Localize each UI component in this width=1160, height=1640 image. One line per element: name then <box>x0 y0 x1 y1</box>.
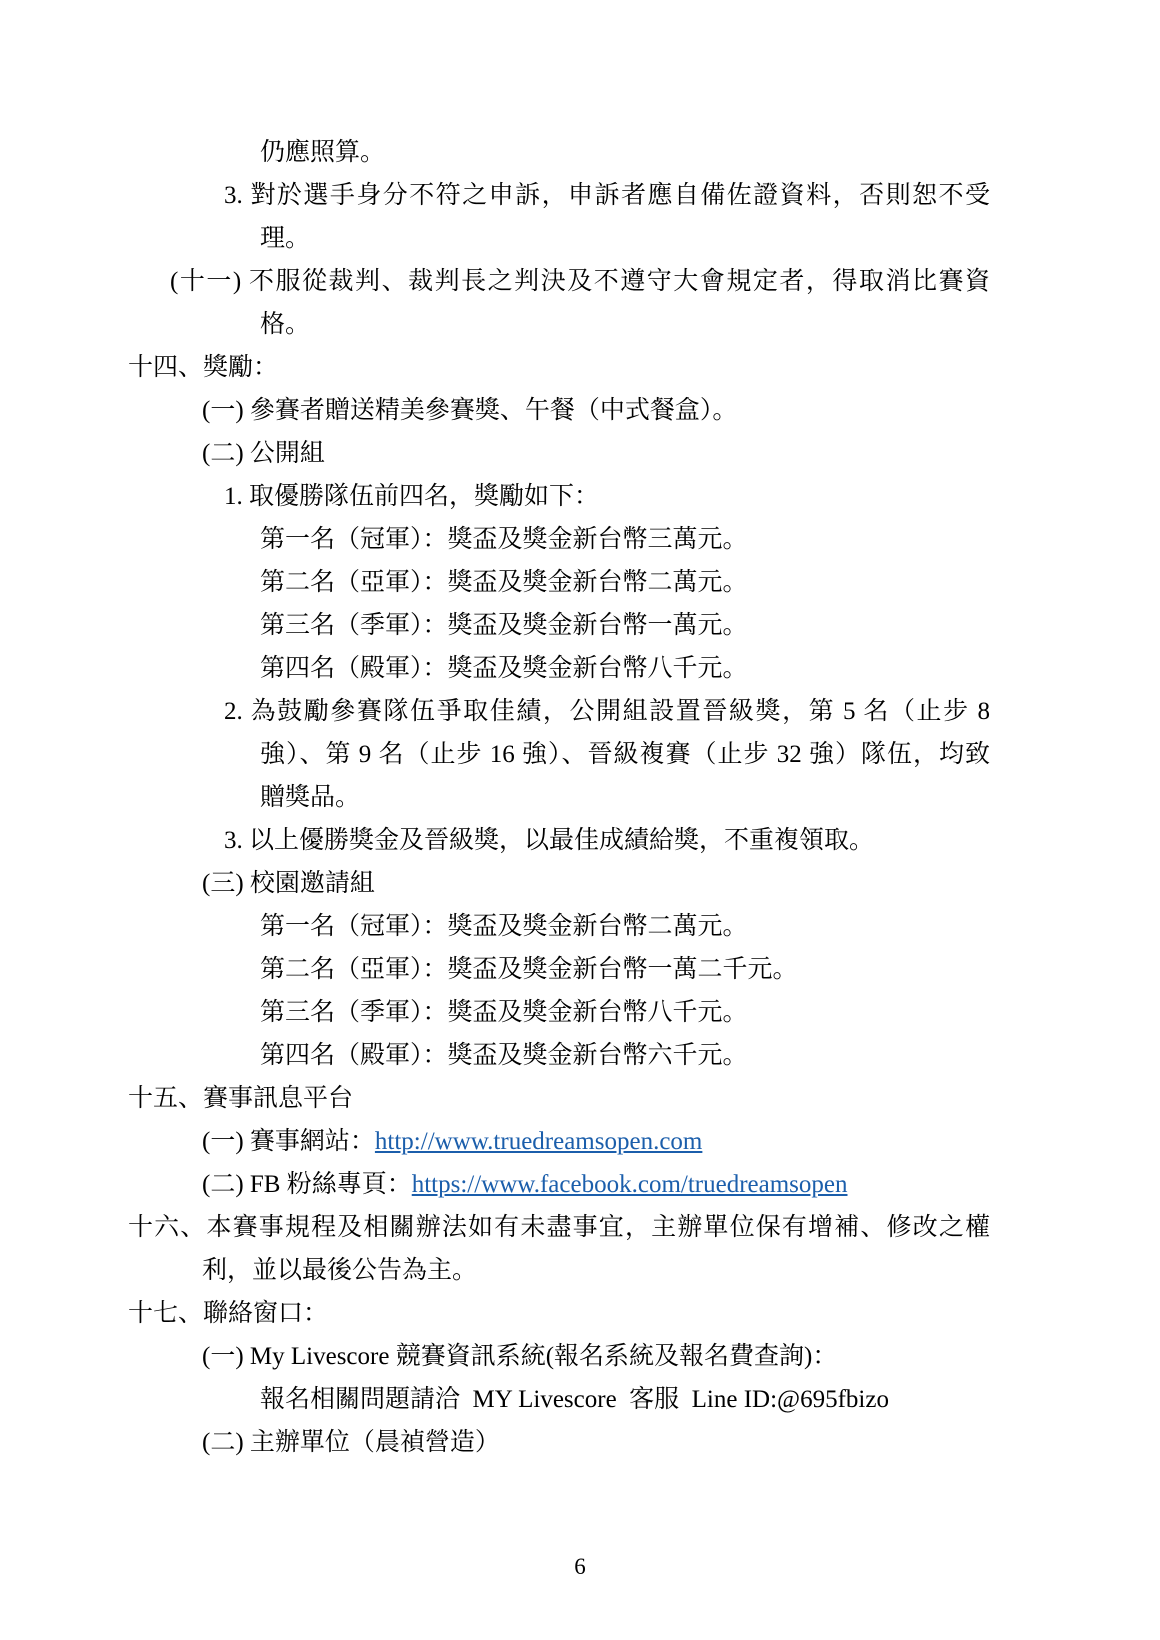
section-heading: 十七、聯絡窗口： <box>128 1292 990 1335</box>
text-line: 仍應照算。 <box>260 131 990 174</box>
text-line: (一) 參賽者贈送精美參賽獎、午餐（中式餐盒）。 <box>202 389 990 432</box>
text-line: 理。 <box>260 217 990 260</box>
text-line: 第三名（季軍）：獎盃及獎金新台幣八千元。 <box>260 991 990 1034</box>
text-line: 3. 以上優勝獎金及晉級獎，以最佳成績給獎，不重複領取。 <box>224 819 990 862</box>
text-line: (二) FB 粉絲專頁：https://www.facebook.com/tru… <box>202 1163 990 1206</box>
text-line: (二) 公開組 <box>202 432 990 475</box>
document-page: 仍應照算。 3. 對於選手身分不符之申訴，申訴者應自備佐證資料，否則恕不受 理。… <box>0 0 1160 1640</box>
text-line: 格。 <box>260 303 990 346</box>
facebook-page-link[interactable]: https://www.facebook.com/truedreamsopen <box>412 1171 848 1198</box>
text-line: 第二名（亞軍）：獎盃及獎金新台幣二萬元。 <box>260 561 990 604</box>
section-heading: 十四、獎勵： <box>128 346 990 389</box>
text-line: (十一) 不服從裁判、裁判長之判決及不遵守大會規定者，得取消比賽資 <box>170 260 990 303</box>
text-line: 第四名（殿軍）：獎盃及獎金新台幣八千元。 <box>260 647 990 690</box>
text-line: 報名相關問題請洽 MY Livescore 客服 Line ID:@695fbi… <box>260 1378 990 1421</box>
text-line: 第二名（亞軍）：獎盃及獎金新台幣一萬二千元。 <box>260 948 990 991</box>
text-line: 第四名（殿軍）：獎盃及獎金新台幣六千元。 <box>260 1034 990 1077</box>
text-line: (三) 校園邀請組 <box>202 862 990 905</box>
text-line: 強）、第 9 名（止步 16 強）、晉級複賽（止步 32 強）隊伍，均致 <box>260 733 990 776</box>
text-line: (一) My Livescore 競賽資訊系統(報名系統及報名費查詢)： <box>202 1335 990 1378</box>
section-heading: 十六、本賽事規程及相關辦法如有未盡事宜，主辦單位保有增補、修改之權 <box>128 1206 990 1249</box>
text-line: 贈獎品。 <box>260 776 990 819</box>
text-line: 第三名（季軍）：獎盃及獎金新台幣一萬元。 <box>260 604 990 647</box>
text-line: 1. 取優勝隊伍前四名，獎勵如下： <box>224 475 990 518</box>
text-line: 第一名（冠軍）：獎盃及獎金新台幣二萬元。 <box>260 905 990 948</box>
tournament-website-link[interactable]: http://www.truedreamsopen.com <box>375 1128 702 1155</box>
document-body: 仍應照算。 3. 對於選手身分不符之申訴，申訴者應自備佐證資料，否則恕不受 理。… <box>0 131 1160 1464</box>
section-heading: 十五、賽事訊息平台 <box>128 1077 990 1120</box>
text-line: (二) 主辦單位（晨禎營造） <box>202 1421 990 1464</box>
text-line: (一) 賽事網站：http://www.truedreamsopen.com <box>202 1120 990 1163</box>
link-line-prefix: (二) FB 粉絲專頁： <box>202 1171 412 1198</box>
text-line: 3. 對於選手身分不符之申訴，申訴者應自備佐證資料，否則恕不受 <box>224 174 990 217</box>
text-line: 利，並以最後公告為主。 <box>202 1249 990 1292</box>
text-line: 第一名（冠軍）：獎盃及獎金新台幣三萬元。 <box>260 518 990 561</box>
page-number: 6 <box>0 1552 1160 1582</box>
text-line: 2. 為鼓勵參賽隊伍爭取佳績，公開組設置晉級獎，第 5 名（止步 8 <box>224 690 990 733</box>
link-line-prefix: (一) 賽事網站： <box>202 1128 375 1155</box>
